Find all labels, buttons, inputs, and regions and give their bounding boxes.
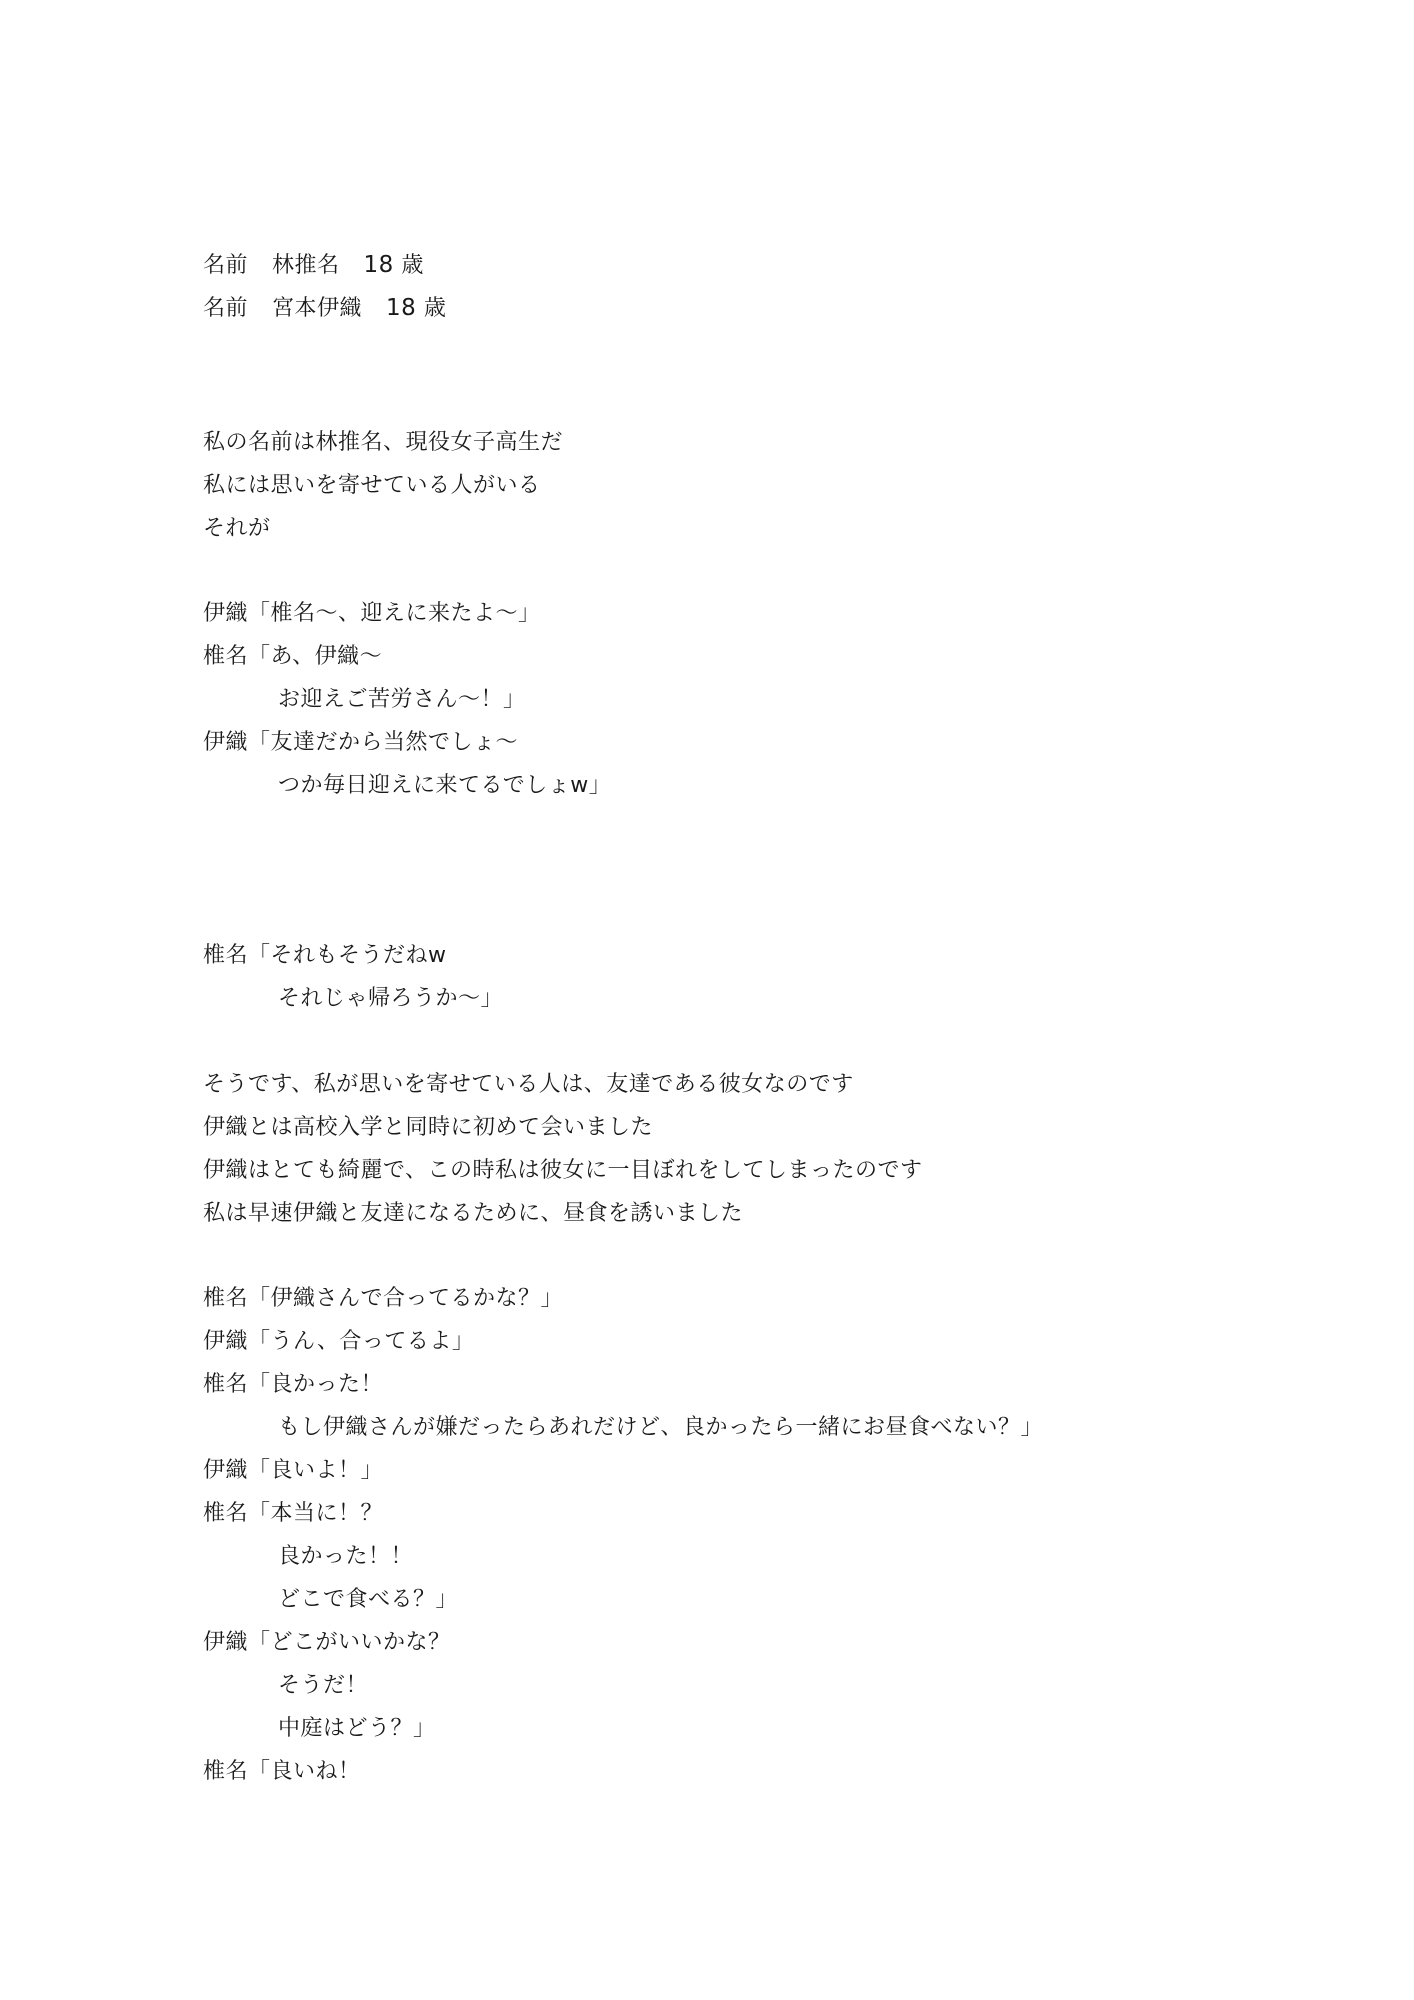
dialogue-line: 椎名「本当に！？ [203, 1499, 383, 1529]
dialogue-line: 椎名「伊織さんで合ってるかな？」 [203, 1284, 563, 1314]
dialogue-line: 伊織「友達だから当然でしょ〜 [203, 728, 518, 758]
narration-line: 私は早速伊織と友達になるために、昼食を誘いました [203, 1199, 743, 1229]
dialogue-continuation: つか毎日迎えに来てるでしょw」 [278, 771, 611, 801]
document-page: 名前林推名18 歳 名前宮本伊織18 歳 私の名前は林推名、現役女子高生だ 私に… [0, 0, 1414, 2000]
narration-line: それが [203, 514, 271, 544]
dialogue-line: 椎名「良かった！ [203, 1370, 383, 1400]
dialogue-continuation: お迎えご苦労さん〜！」 [278, 685, 526, 715]
dialogue-continuation: 良かった！！ [278, 1542, 413, 1572]
narration-line: 伊織とは高校入学と同時に初めて会いました [203, 1113, 653, 1143]
profile-line-2: 名前宮本伊織18 歳 [203, 293, 446, 324]
dialogue-line: 伊織「良いよ！」 [203, 1456, 383, 1486]
profile-label: 名前 [203, 253, 248, 278]
dialogue-continuation: 中庭はどう？」 [278, 1714, 436, 1744]
profile-age: 18 [386, 295, 416, 321]
narration-line: 伊織はとても綺麗で、この時私は彼女に一目ぼれをしてしまったのです [203, 1156, 923, 1186]
dialogue-line: 椎名「良いね！ [203, 1757, 361, 1787]
profile-name: 宮本伊織 [272, 296, 362, 321]
dialogue-line: 椎名「あ、伊織〜 [203, 642, 382, 672]
narration-line: そうです、私が思いを寄せている人は、友達である彼女なのです [203, 1070, 854, 1100]
profile-age: 18 [364, 252, 394, 278]
profile-age-unit: 歳 [424, 296, 447, 321]
profile-label: 名前 [203, 296, 248, 321]
dialogue-continuation: どこで食べる？」 [278, 1585, 458, 1615]
profile-name: 林推名 [272, 253, 340, 278]
dialogue-continuation: もし伊織さんが嫌だったらあれだけど、良かったら一緒にお昼食べない？」 [278, 1413, 1043, 1443]
dialogue-continuation: それじゃ帰ろうか〜」 [278, 984, 503, 1014]
profile-line-1: 名前林推名18 歳 [203, 250, 424, 281]
dialogue-line: 椎名「それもそうだねw [203, 941, 447, 971]
dialogue-line: 伊織「うん、合ってるよ」 [203, 1327, 474, 1357]
dialogue-continuation: そうだ！ [278, 1671, 368, 1701]
dialogue-line: 伊織「椎名〜、迎えに来たよ〜」 [203, 599, 541, 629]
narration-line: 私には思いを寄せている人がいる [203, 471, 541, 501]
dialogue-line: 伊織「どこがいいかな？ [203, 1628, 451, 1658]
profile-age-unit: 歳 [401, 253, 424, 278]
narration-line: 私の名前は林推名、現役女子高生だ [203, 428, 563, 458]
